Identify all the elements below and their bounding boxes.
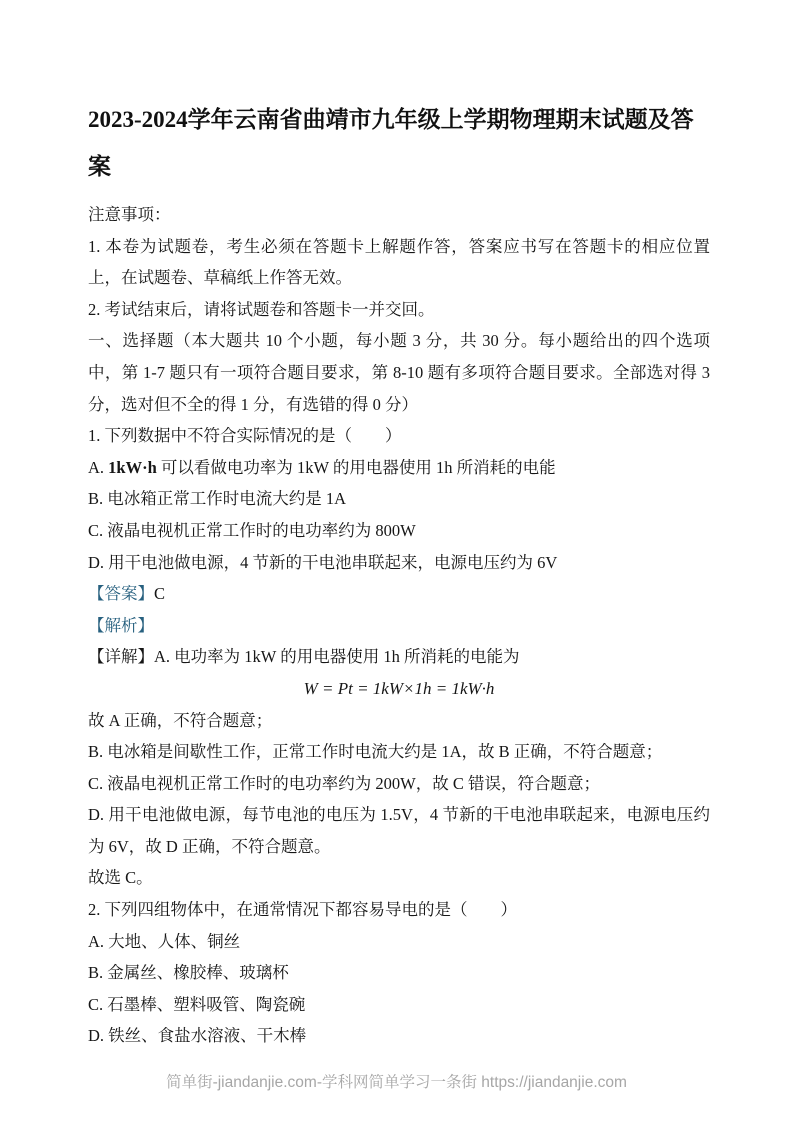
q1-detail-intro-line: 【详解】A. 电功率为 1kW 的用电器使用 1h 所消耗的电能为 (88, 641, 710, 673)
q1-detail-c: C. 液晶电视机正常工作时的电功率约为 200W，故 C 错误，符合题意； (88, 768, 710, 800)
q1-option-b: B. 电冰箱正常工作时电流大约是 1A (88, 483, 710, 515)
q1-option-a-label: A. (88, 458, 104, 477)
q1-detail-b: B. 电冰箱是间歇性工作，正常工作时电流大约是 1A，故 B 正确，不符合题意； (88, 736, 710, 768)
q1-conclusion: 故选 C。 (88, 862, 710, 894)
notice-heading: 注意事项： (88, 199, 710, 231)
q2-stem: 2. 下列四组物体中，在通常情况下都容易导电的是（ ） (88, 894, 710, 926)
q1-detail-a-result: 故 A 正确，不符合题意； (88, 705, 710, 737)
q1-analysis-line: 【解析】 (88, 610, 710, 642)
q1-option-d: D. 用干电池做电源，4 节新的干电池串联起来，电源电压约为 6V (88, 547, 710, 579)
q2-option-c: C. 石墨棒、塑料吸管、陶瓷碗 (88, 989, 710, 1021)
q1-stem: 1. 下列数据中不符合实际情况的是（ ） (88, 420, 710, 452)
q1-option-a: A. 1kW·h 可以看做电功率为 1kW 的用电器使用 1h 所消耗的电能 (88, 452, 710, 484)
notice-item-2: 2. 考试结束后，请将试题卷和答题卡一并交回。 (88, 294, 710, 326)
analysis-tag: 【解析】 (88, 616, 154, 635)
q1-formula: W = Pt = 1kW×1h = 1kW·h (88, 673, 710, 705)
q1-detail-intro-text: A. 电功率为 1kW 的用电器使用 1h 所消耗的电能为 (154, 647, 519, 666)
document-title: 2023-2024学年云南省曲靖市九年级上学期物理期末试题及答案 (88, 96, 710, 190)
notice-item-1: 1. 本卷为试题卷，考生必须在答题卡上解题作答，答案应书写在答题卡的相应位置上，… (88, 231, 710, 294)
answer-tag: 【答案】 (88, 584, 154, 603)
q2-option-a: A. 大地、人体、铜丝 (88, 926, 710, 958)
q1-option-a-text: 可以看做电功率为 1kW 的用电器使用 1h 所消耗的电能 (161, 458, 556, 477)
q1-answer-line: 【答案】C (88, 578, 710, 610)
answer-value: C (154, 584, 165, 603)
document-page: 2023-2024学年云南省曲靖市九年级上学期物理期末试题及答案 注意事项： 1… (0, 0, 793, 1122)
page-content: 2023-2024学年云南省曲靖市九年级上学期物理期末试题及答案 注意事项： 1… (88, 0, 710, 1052)
q1-detail-d: D. 用干电池做电源，每节电池的电压为 1.5V，4 节新的干电池串联起来，电源… (88, 799, 710, 862)
q2-option-d: D. 铁丝、食盐水溶液、干木棒 (88, 1020, 710, 1052)
section-heading: 一、选择题（本大题共 10 个小题，每小题 3 分，共 30 分。每小题给出的四… (88, 325, 710, 420)
q1-option-a-bold-term: 1kW·h (108, 458, 157, 477)
page-footer: 简单街-jiandanjie.com-学科网简单学习一条街 https://ji… (0, 1070, 793, 1092)
q2-option-b: B. 金属丝、橡胶棒、玻璃杯 (88, 957, 710, 989)
detail-tag: 【详解】 (88, 647, 154, 666)
q1-option-c: C. 液晶电视机正常工作时的电功率约为 800W (88, 515, 710, 547)
